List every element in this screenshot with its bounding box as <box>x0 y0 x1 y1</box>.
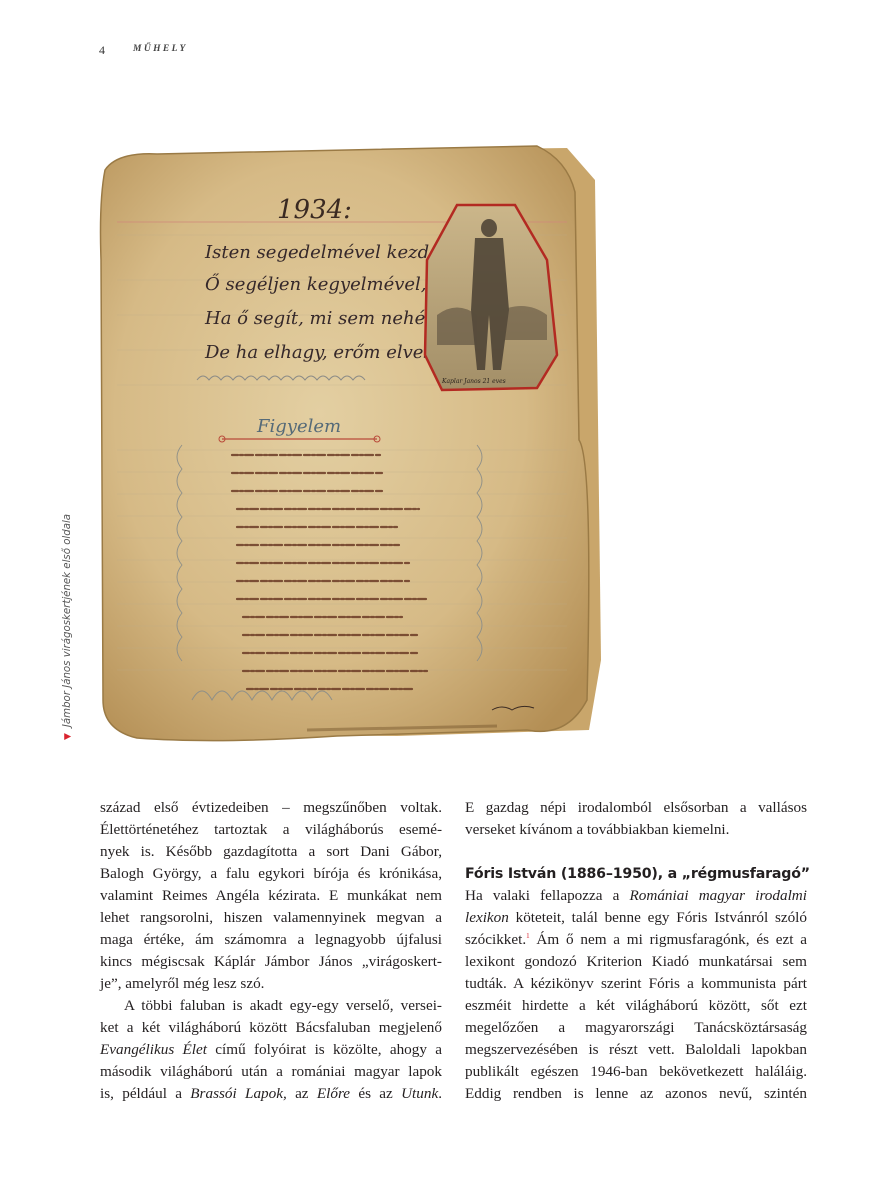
manuscript-year: 1934: <box>277 195 352 225</box>
manuscript-line: Ő segéljen kegyelmével, <box>205 272 427 295</box>
paragraph: század első évtizedeiben – megszűnőben v… <box>100 797 442 995</box>
section-heading: Fóris István (1886–1950), a „régmusfarag… <box>465 863 807 885</box>
journal-title: Utunk <box>401 1085 438 1102</box>
running-head: 4 MŰHELY <box>99 43 105 58</box>
paragraph: Ha valaki fellapozza a Romániai magyar i… <box>465 885 807 1105</box>
book-title: Romániai magyar irodalmi <box>630 887 808 904</box>
text-column-left: század első évtizedeiben – megszűnőben v… <box>100 797 442 1105</box>
journal-title: Brassói Lapok, <box>190 1085 286 1102</box>
manuscript-photo: 1934: Isten segedelmével kezdem el Ő seg… <box>97 140 607 755</box>
journal-title: Előre <box>317 1085 350 1102</box>
section-title: MŰHELY <box>133 44 188 54</box>
journal-title: Evangélikus Élet <box>100 1041 207 1058</box>
caption-marker-icon: ▼ <box>63 733 73 740</box>
paragraph: A többi faluban is akadt egy-egy verselő… <box>100 995 442 1105</box>
paragraph: E gazdag népi irodalomból elsősorban a v… <box>465 797 807 841</box>
figure-caption: ▼Jámbor János virágoskertjének első olda… <box>62 508 76 740</box>
poem-heading: Figyelem <box>256 416 341 437</box>
page-number: 4 <box>99 43 105 57</box>
book-title: lexikon <box>465 909 509 926</box>
manuscript-line: Ha ő segít, mi sem nehéz <box>204 308 435 329</box>
manuscript-line: De ha elhagy, erőm elvesz <box>204 342 443 363</box>
photo-caption: Kaplar Janos 21 eves <box>441 378 506 385</box>
text-column-right: E gazdag népi irodalomból elsősorban a v… <box>465 797 807 1105</box>
caption-text: Jámbor János virágoskertjének első oldal… <box>62 514 73 727</box>
